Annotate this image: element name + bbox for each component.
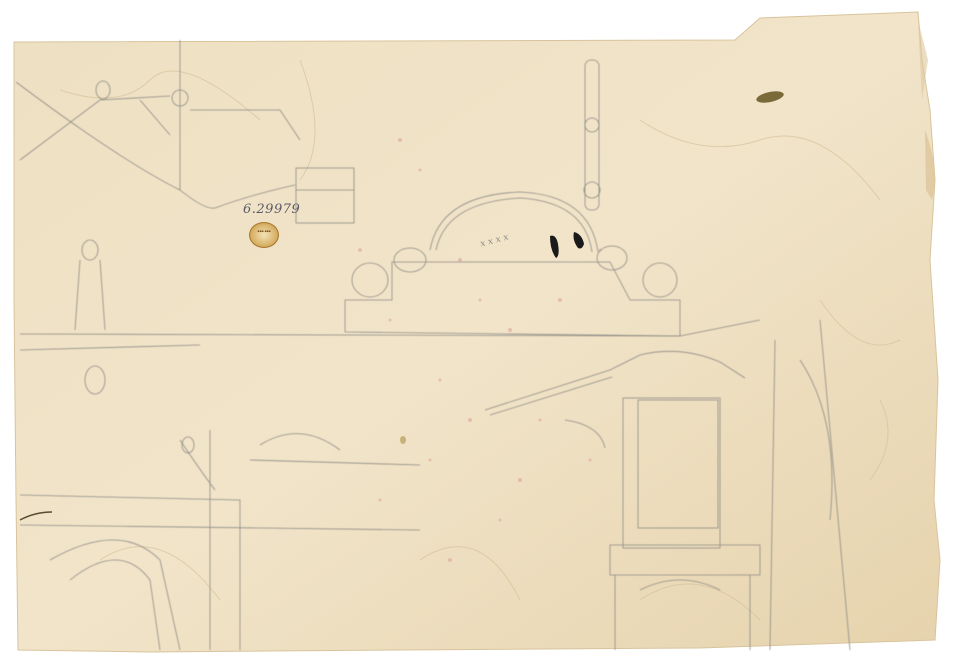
inventory-inscription: 6.29979 — [243, 202, 300, 217]
drawing-sheet — [0, 0, 960, 670]
paper — [14, 12, 940, 652]
stamp-text: ▪▪▪ ▪▪▪ — [253, 229, 275, 233]
collection-stamp: ▪▪▪ ▪▪▪ — [249, 222, 279, 248]
